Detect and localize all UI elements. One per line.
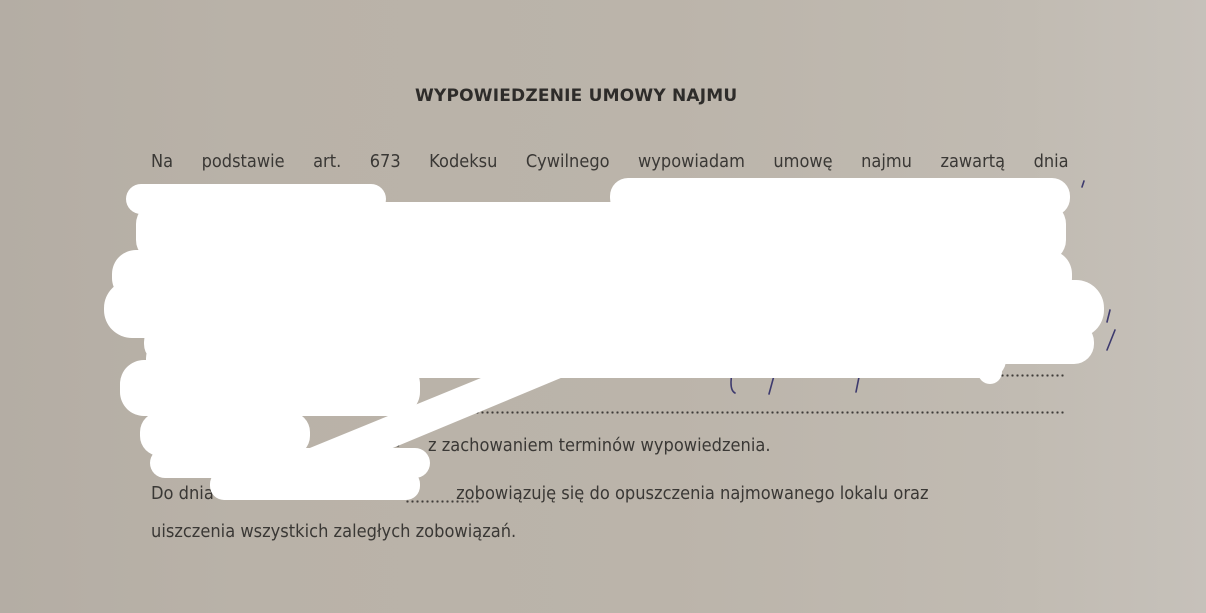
redaction-overlay bbox=[0, 0, 1206, 613]
redaction-blobs bbox=[104, 178, 1104, 500]
document-page: WYPOWIEDZENIE UMOWY NAJMU Na podstawie a… bbox=[0, 0, 1206, 613]
